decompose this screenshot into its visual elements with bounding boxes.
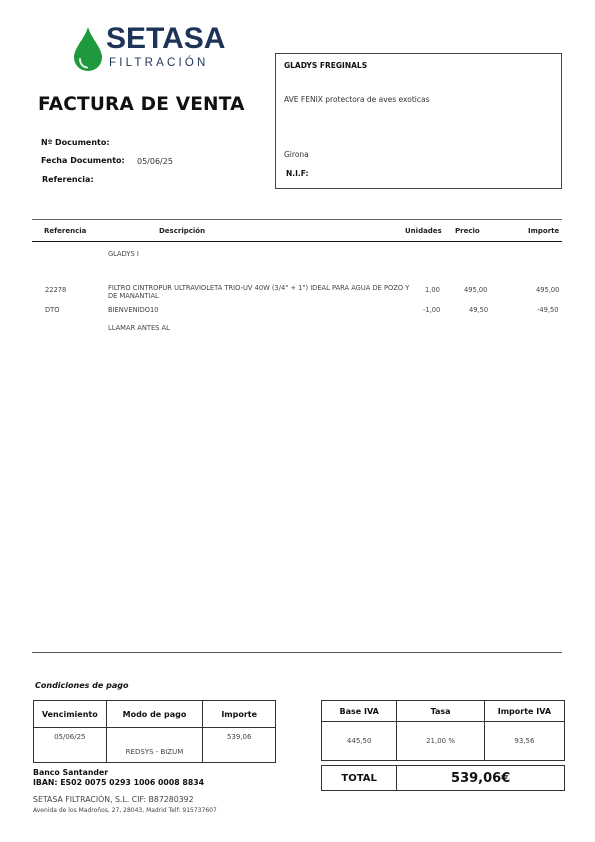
client-nif-label: N.I.F: xyxy=(286,169,308,178)
header-description: Descripción xyxy=(159,227,205,235)
payment-table: Vencimiento Modo de pago Importe 05/06/2… xyxy=(33,700,276,763)
payment-header-due: Vencimiento xyxy=(34,701,107,728)
document-number-label: Nº Documento: xyxy=(41,138,110,147)
client-box: GLADYS FREGINALS AVE FENIX protectora de… xyxy=(275,53,562,189)
total-table: TOTAL 539,06€ xyxy=(321,765,565,791)
row-description: FILTRO CINTROPUR ULTRAVIOLETA TRIO-UV 40… xyxy=(108,284,414,300)
header-price: Precio xyxy=(455,227,480,235)
company-logo: SETASA FILTRACIÓN xyxy=(72,24,232,74)
table-row: GLADYS I xyxy=(108,250,139,258)
company-address: Avenida de los Madroños, 27, 28043, Madr… xyxy=(33,807,217,814)
tax-base: 445,50 xyxy=(322,722,397,761)
water-drop-icon xyxy=(72,26,104,72)
bank-iban: IBAN: ES02 0075 0293 1006 0008 8834 xyxy=(33,778,204,788)
client-address-line: AVE FENIX protectora de aves exoticas xyxy=(284,95,429,104)
tax-rate: 21,00 % xyxy=(397,722,484,761)
row-price: 49,50 xyxy=(469,306,488,314)
row-price: 495,00 xyxy=(464,286,487,294)
tax-table: Base IVA Tasa Importe IVA 445,50 21,00 %… xyxy=(321,700,565,761)
payment-method: REDSYS - BIZUM xyxy=(106,728,203,763)
tax-header-amount: Importe IVA xyxy=(484,701,564,722)
table-top-rule xyxy=(32,219,562,220)
document-date-value: 05/06/25 xyxy=(137,157,173,166)
row-reference: DTO xyxy=(45,306,60,314)
brand-name: SETASA xyxy=(106,22,225,56)
payment-due-date: 05/06/25 xyxy=(34,728,107,763)
payment-header-amount: Importe xyxy=(203,701,276,728)
total-label: TOTAL xyxy=(322,766,397,791)
brand-subtitle: FILTRACIÓN xyxy=(109,56,209,70)
payment-amount: 539,06 xyxy=(203,728,276,763)
row-units: -1,00 xyxy=(423,306,440,314)
header-units: Unidades xyxy=(405,227,442,235)
reference-label: Referencia: xyxy=(42,175,94,184)
document-date-label: Fecha Documento: xyxy=(41,156,125,165)
document-title: FACTURA DE VENTA xyxy=(38,94,245,115)
tax-header-rate: Tasa xyxy=(397,701,484,722)
bank-info: Banco Santander IBAN: ES02 0075 0293 100… xyxy=(33,768,204,788)
row-amount: 495,00 xyxy=(536,286,559,294)
payment-header-method: Modo de pago xyxy=(106,701,203,728)
bank-name: Banco Santander xyxy=(33,768,204,778)
company-legal: SETASA FILTRACIÓN, S.L. CIF: B87280392 xyxy=(33,795,194,804)
total-value: 539,06€ xyxy=(397,766,565,791)
client-name: GLADYS FREGINALS xyxy=(284,61,367,70)
row-units: 1,00 xyxy=(425,286,440,294)
table-bottom-rule xyxy=(32,652,562,653)
table-row: LLAMAR ANTES AL xyxy=(108,324,170,332)
tax-amount: 93,56 xyxy=(484,722,564,761)
row-description: BIENVENIDO10 xyxy=(108,306,159,314)
header-reference: Referencia xyxy=(44,227,86,235)
tax-header-base: Base IVA xyxy=(322,701,397,722)
payment-conditions-title: Condiciones de pago xyxy=(35,681,128,690)
client-city: Girona xyxy=(284,150,309,159)
row-amount: -49,50 xyxy=(537,306,559,314)
header-amount: Importe xyxy=(528,227,559,235)
table-header-rule xyxy=(32,241,562,242)
row-reference: 22278 xyxy=(45,286,66,294)
